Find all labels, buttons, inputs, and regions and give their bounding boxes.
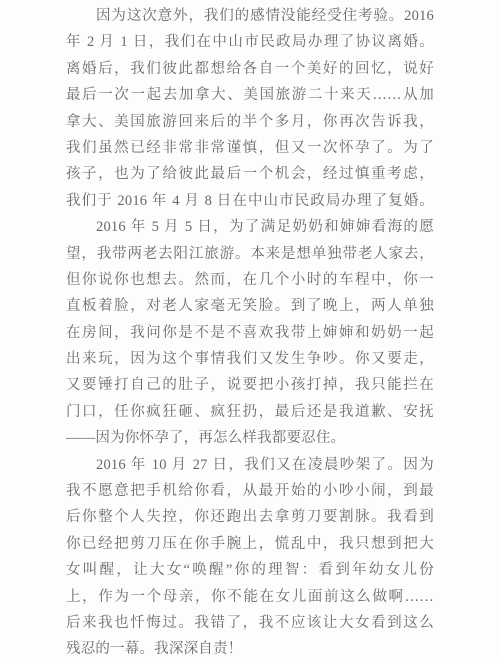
text-line: 离婚后，我们彼此都想给各自一个美好的回忆，说好 [66,56,434,82]
text-line: 因为这次意外，我们的感情没能经受住考验。2016 [66,3,434,29]
text-line: 你已经把剪刀压在你手腕上，慌乱中，我只想到把大 [66,531,434,557]
text-line: 最后一次一起去加拿大、美国旅游二十来天……从加 [66,82,434,108]
text-line: 孩子，也为了给彼此最后一个机会，经过慎重考虑， [66,161,434,187]
text-line: 又要锤打自己的肚子，说要把小孩打掉，我只能拦在 [66,372,434,398]
text-line: 上，作为一个母亲，你不能在女儿面前这么做啊…… [66,584,434,610]
text-line: 后你整个人失控，你还跑出去拿剪刀要割脉。我看到 [66,504,434,530]
text-line: 2016 年 10 月 27 日，我们又在凌晨吵架了。因为 [66,452,434,478]
text-line: 我们于 2016 年 4 月 8 日在中山市民政局办理了复婚。 [66,188,434,214]
text-line: 女叫醒，让大女“唤醒”你的理智：看到年幼女儿份 [66,557,434,583]
text-line: 在房间，我问你是不是不喜欢我带上婶婶和奶奶一起 [66,320,434,346]
text-line: 我不愿意把手机给你看，从最开始的小吵小闹，到最 [66,478,434,504]
text-line: 年 2 月 1 日，我们在中山市民政局办理了协议离婚。 [66,29,434,55]
paragraph-divorce-remarry: 因为这次意外，我们的感情没能经受住考验。2016 年 2 月 1 日，我们在中山… [66,3,434,214]
text-line: 直板着脸，对老人家毫无笑脸。到了晚上，两人单独 [66,293,434,319]
text-line: 2016 年 5 月 5 日，为了满足奶奶和婶婶看海的愿 [66,214,434,240]
text-line: 但你说你也想去。然而，在几个小时的车程中，你一 [66,267,434,293]
text-line: 后来我也忏悔过。我错了，我不应该让大女看到这么 [66,610,434,636]
text-line: 拿大、美国旅游回来后的半个多月，你再次告诉我， [66,109,434,135]
text-line: 我们虽然已经非常非常谨慎，但又一次怀孕了。为了 [66,135,434,161]
text-line: 门口，任你疯狂砸、疯狂扔，最后还是我道歉、安抚 [66,399,434,425]
document-page: 因为这次意外，我们的感情没能经受住考验。2016 年 2 月 1 日，我们在中山… [0,0,500,662]
text-line: 残忍的一幕。我深深自责！ [66,636,434,662]
paragraph-yangjiang-trip: 2016 年 5 月 5 日，为了满足奶奶和婶婶看海的愿 望，我带两老去阳江旅游… [66,214,434,452]
text-line: 望，我带两老去阳江旅游。本来是想单独带老人家去， [66,241,434,267]
text-line: ——因为你怀孕了，再怎么样我都要忍住。 [66,425,434,451]
text-line: 出来玩，因为这个事情我们又发生争吵。你又要走， [66,346,434,372]
paragraph-late-night-fight: 2016 年 10 月 27 日，我们又在凌晨吵架了。因为 我不愿意把手机给你看… [66,452,434,662]
